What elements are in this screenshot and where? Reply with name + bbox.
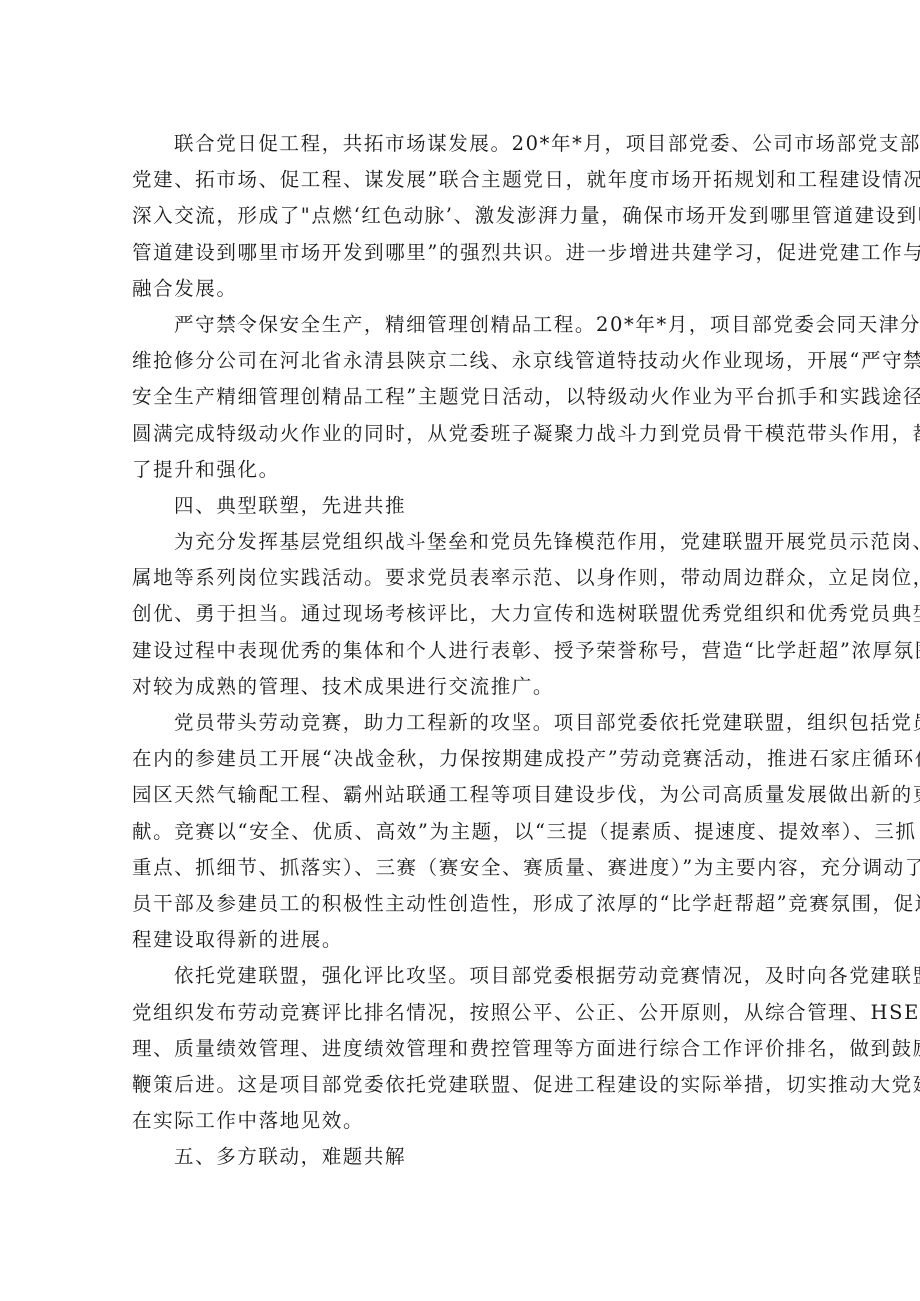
- text-line: 深入交流，形成了"点燃‘红色动脉’、激发澎湃力量，确保市场开发到哪里管道建设到哪…: [132, 198, 822, 234]
- text-line: 维抢修分公司在河北省永清县陕京二线、永京线管道特技动火作业现场，开展“严守禁令保: [132, 343, 822, 379]
- text-line: 管道建设到哪里市场开发到哪里”的强烈共识。进一步增进共建学习，促进党建工作与业务: [132, 235, 822, 271]
- text-line: 对较为成熟的管理、技术成果进行交流推广。: [132, 669, 822, 705]
- text-line: 严守禁令保安全生产，精细管理创精品工程。20*年*月，项目部党委会同天津分公司、: [132, 307, 822, 343]
- text-line: 圆满完成特级动火作业的同时，从党委班子凝聚力战斗力到党员骨干模范带头作用，都得到: [132, 416, 822, 452]
- paragraph-safety-production: 严守禁令保安全生产，精细管理创精品工程。20*年*月，项目部党委会同天津分公司、…: [132, 307, 822, 488]
- heading-text: 四、典型联塑，先进共推: [132, 488, 822, 524]
- section-heading-5: 五、多方联动，难题共解: [132, 1139, 822, 1175]
- text-line: 党建、拓市场、促工程、谋发展”联合主题党日，就年度市场开拓规划和工程建设情况进行: [132, 162, 822, 198]
- text-line: 在实际工作中落地见效。: [132, 1103, 822, 1139]
- text-line: 程建设取得新的进展。: [132, 922, 822, 958]
- text-line: 鞭策后进。这是项目部党委依托党建联盟、促进工程建设的实际举措，切实推动大党建体系: [132, 1067, 822, 1103]
- document-body: 联合党日促工程，共拓市场谋发展。20*年*月，项目部党委、公司市场部党支部组织“…: [132, 126, 822, 1175]
- document-page: 联合党日促工程，共拓市场谋发展。20*年*月，项目部党委、公司市场部党支部组织“…: [0, 0, 920, 1301]
- paragraph-model-roles: 为充分发挥基层党组织战斗堡垒和党员先锋模范作用，党建联盟开展党员示范岗、责任 属…: [132, 524, 822, 705]
- text-line: 属地等系列岗位实践活动。要求党员表率示范、以身作则，带动周边群众，立足岗位，争先: [132, 560, 822, 596]
- text-line: 党组织发布劳动竞赛评比排名情况，按照公平、公正、公开原则，从综合管理、HSE绩效…: [132, 995, 822, 1031]
- heading-text: 五、多方联动，难题共解: [132, 1139, 822, 1175]
- text-line: 安全生产精细管理创精品工程”主题党日活动，以特级动火作业为平台抓手和实践途径，在: [132, 379, 822, 415]
- text-line: 创优、勇于担当。通过现场考核评比，大力宣传和选树联盟优秀党组织和优秀党员典型，对: [132, 596, 822, 632]
- paragraph-labor-competition: 党员带头劳动竞赛，助力工程新的攻坚。项目部党委依托党建联盟，组织包括党员干部 在…: [132, 705, 822, 958]
- text-line: 党员带头劳动竞赛，助力工程新的攻坚。项目部党委依托党建联盟，组织包括党员干部: [132, 705, 822, 741]
- text-line: 园区天然气输配工程、霸州站联通工程等项目建设步伐，为公司高质量发展做出新的更大贡: [132, 777, 822, 813]
- text-line: 员干部及参建员工的积极性主动性创造性，形成了浓厚的“比学赶帮超”竞赛氛围，促进工: [132, 886, 822, 922]
- paragraph-joint-party-day: 联合党日促工程，共拓市场谋发展。20*年*月，项目部党委、公司市场部党支部组织“…: [132, 126, 822, 307]
- text-line: 依托党建联盟，强化评比攻坚。项目部党委根据劳动竞赛情况，及时向各党建联盟单位: [132, 958, 822, 994]
- text-line: 建设过程中表现优秀的集体和个人进行表彰、授予荣誉称号，营造“比学赶超”浓厚氛围，: [132, 633, 822, 669]
- paragraph-evaluation: 依托党建联盟，强化评比攻坚。项目部党委根据劳动竞赛情况，及时向各党建联盟单位 党…: [132, 958, 822, 1139]
- text-line: 为充分发挥基层党组织战斗堡垒和党员先锋模范作用，党建联盟开展党员示范岗、责任: [132, 524, 822, 560]
- text-line: 理、质量绩效管理、进度绩效管理和费控管理等方面进行综合工作评价排名，做到鼓励先进…: [132, 1031, 822, 1067]
- text-line: 重点、抓细节、抓落实）、三赛（赛安全、赛质量、赛进度）”为主要内容，充分调动了党: [132, 850, 822, 886]
- text-line: 在内的参建员工开展“决战金秋，力保按期建成投产”劳动竞赛活动，推进石家庄循环化工: [132, 741, 822, 777]
- text-line: 联合党日促工程，共拓市场谋发展。20*年*月，项目部党委、公司市场部党支部组织“…: [132, 126, 822, 162]
- text-line: 献。竞赛以“安全、优质、高效”为主题，以“三提（提素质、提速度、提效率）、三抓（…: [132, 814, 822, 850]
- section-heading-4: 四、典型联塑，先进共推: [132, 488, 822, 524]
- text-line: 了提升和强化。: [132, 452, 822, 488]
- text-line: 融合发展。: [132, 271, 822, 307]
